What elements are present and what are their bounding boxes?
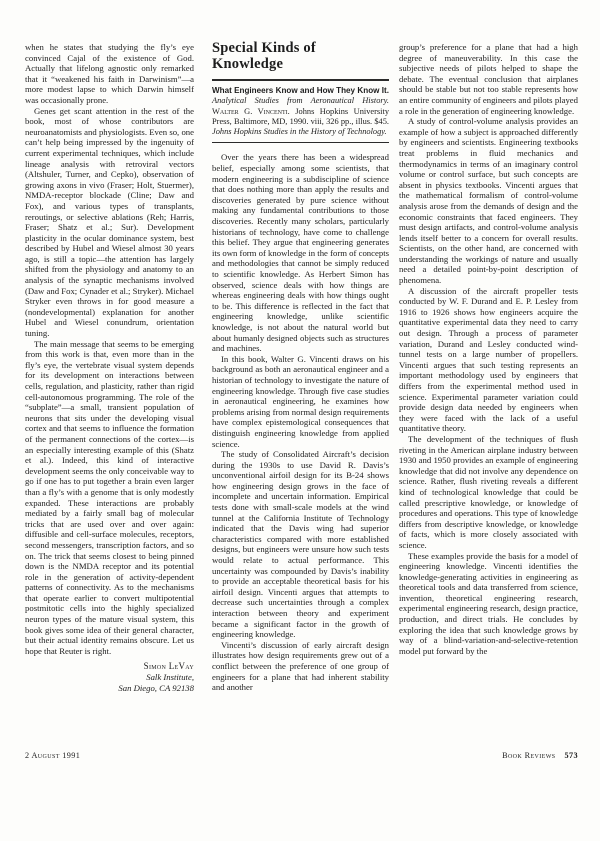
citation-title: What Engineers Know and How They Know It… — [212, 86, 389, 95]
rule-top — [212, 79, 389, 81]
footer-issue-date: 2 August 1991 — [25, 751, 80, 760]
body-paragraph: A study of control-volume analysis provi… — [399, 116, 578, 286]
body-paragraph: Genes get scant attention in the rest of… — [25, 106, 194, 339]
issue-date: 2 August 1991 — [25, 751, 80, 760]
body-paragraph: In this book, Walter G. Vincenti draws o… — [212, 354, 389, 449]
body-paragraph: The main message that seems to be emergi… — [25, 339, 194, 657]
reviewer-signature: Simon LeVay Salk Institute, San Diego, C… — [25, 661, 194, 693]
page-number: 573 — [565, 751, 578, 760]
right-column: group’s preference for a plane that had … — [399, 42, 578, 656]
citation-subtitle: Analytical Studies from Aeronautical His… — [212, 96, 389, 105]
journal-page: when he states that studying the fly’s e… — [0, 0, 600, 841]
citation-author: Walter G. Vincenti. — [212, 107, 290, 116]
footer-section: Book Reviews573 — [502, 751, 578, 760]
rule-bottom — [212, 142, 389, 143]
reviewer-affiliation: Salk Institute, — [25, 672, 194, 683]
book-citation: What Engineers Know and How They Know It… — [212, 86, 389, 137]
section-label: Book Reviews — [502, 751, 555, 760]
section-title: Special Kinds of Knowledge — [212, 40, 389, 72]
reviewer-name: Simon LeVay — [25, 661, 194, 672]
body-paragraph: The study of Consolidated Aircraft’s dec… — [212, 449, 389, 640]
body-paragraph: These examples provide the basis for a m… — [399, 551, 578, 657]
body-paragraph: Over the years there has been a widespre… — [212, 152, 389, 353]
body-paragraph: A discussion of the aircraft propeller t… — [399, 286, 578, 434]
citation-series: Johns Hopkins Studies in the History of … — [212, 127, 387, 136]
body-paragraph: Vincenti’s discussion of early aircraft … — [212, 640, 389, 693]
reviewer-location: San Diego, CA 92138 — [25, 683, 194, 694]
body-paragraph: The development of the techniques of flu… — [399, 434, 578, 551]
left-column: when he states that studying the fly’s e… — [25, 42, 194, 693]
middle-column: Special Kinds of Knowledge What Engineer… — [212, 40, 389, 693]
body-paragraph: group’s preference for a plane that had … — [399, 42, 578, 116]
body-paragraph: when he states that studying the fly’s e… — [25, 42, 194, 106]
